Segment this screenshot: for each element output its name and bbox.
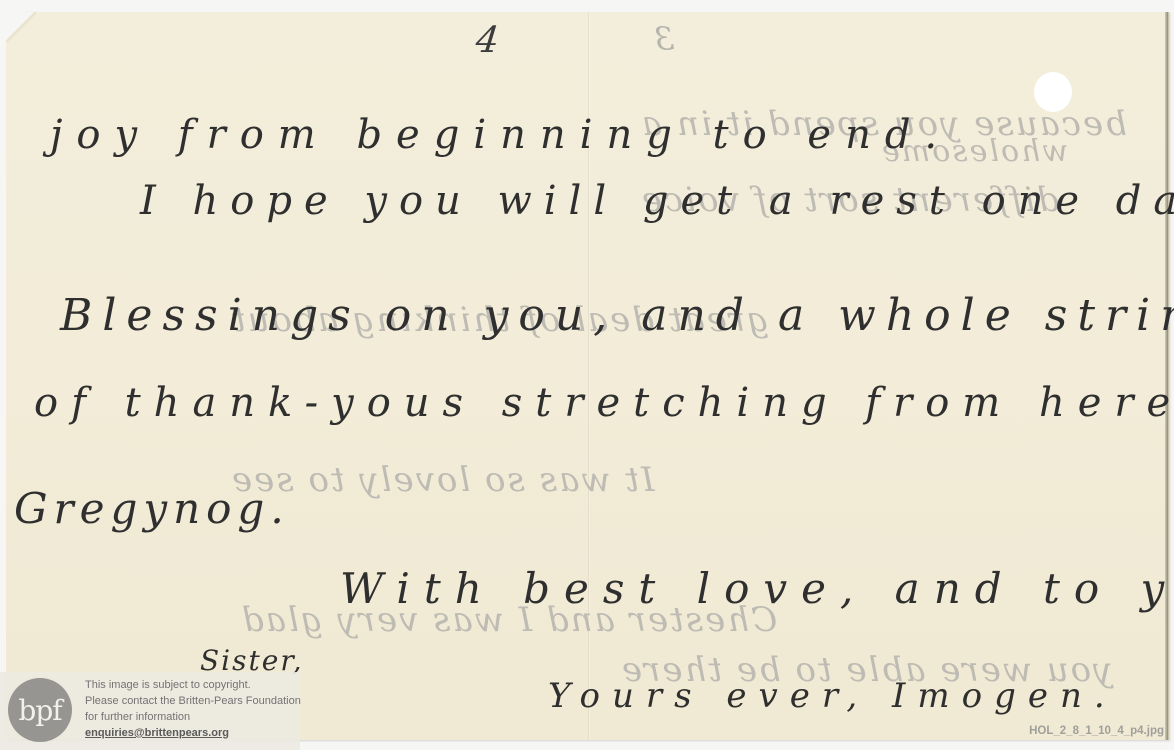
contact-email-link[interactable]: enquiries@brittenpears.org	[85, 725, 301, 741]
bpf-logo: bpf	[8, 678, 72, 742]
copyright-line: This image is subject to copyright.	[85, 677, 301, 693]
handwritten-signature: Yours ever, Imogen.	[548, 676, 1117, 716]
handwritten-line: With best love, and to your	[340, 564, 1174, 613]
handwritten-line: joy from beginning to end.	[50, 112, 951, 158]
paper-edge	[1165, 12, 1168, 740]
bleed-through-text: It was so lovely to see	[230, 460, 654, 500]
handwritten-line: Gregynog.	[14, 484, 290, 533]
handwritten-line: I hope you will get a rest one day.	[140, 178, 1174, 224]
copyright-line: for further information	[85, 709, 301, 725]
copyright-notice: This image is subject to copyright. Plea…	[85, 677, 301, 741]
copyright-line: Please contact the Britten-Pears Foundat…	[85, 693, 301, 709]
page-number: 4	[474, 20, 501, 61]
handwritten-line: of thank-yous stretching from here to	[34, 380, 1174, 426]
image-filename: HOL_2_8_1_10_4_p4.jpg	[1029, 725, 1164, 737]
page-number-bleed: 3	[654, 20, 674, 58]
handwritten-line: Blessings on you, and a whole string	[60, 290, 1174, 341]
